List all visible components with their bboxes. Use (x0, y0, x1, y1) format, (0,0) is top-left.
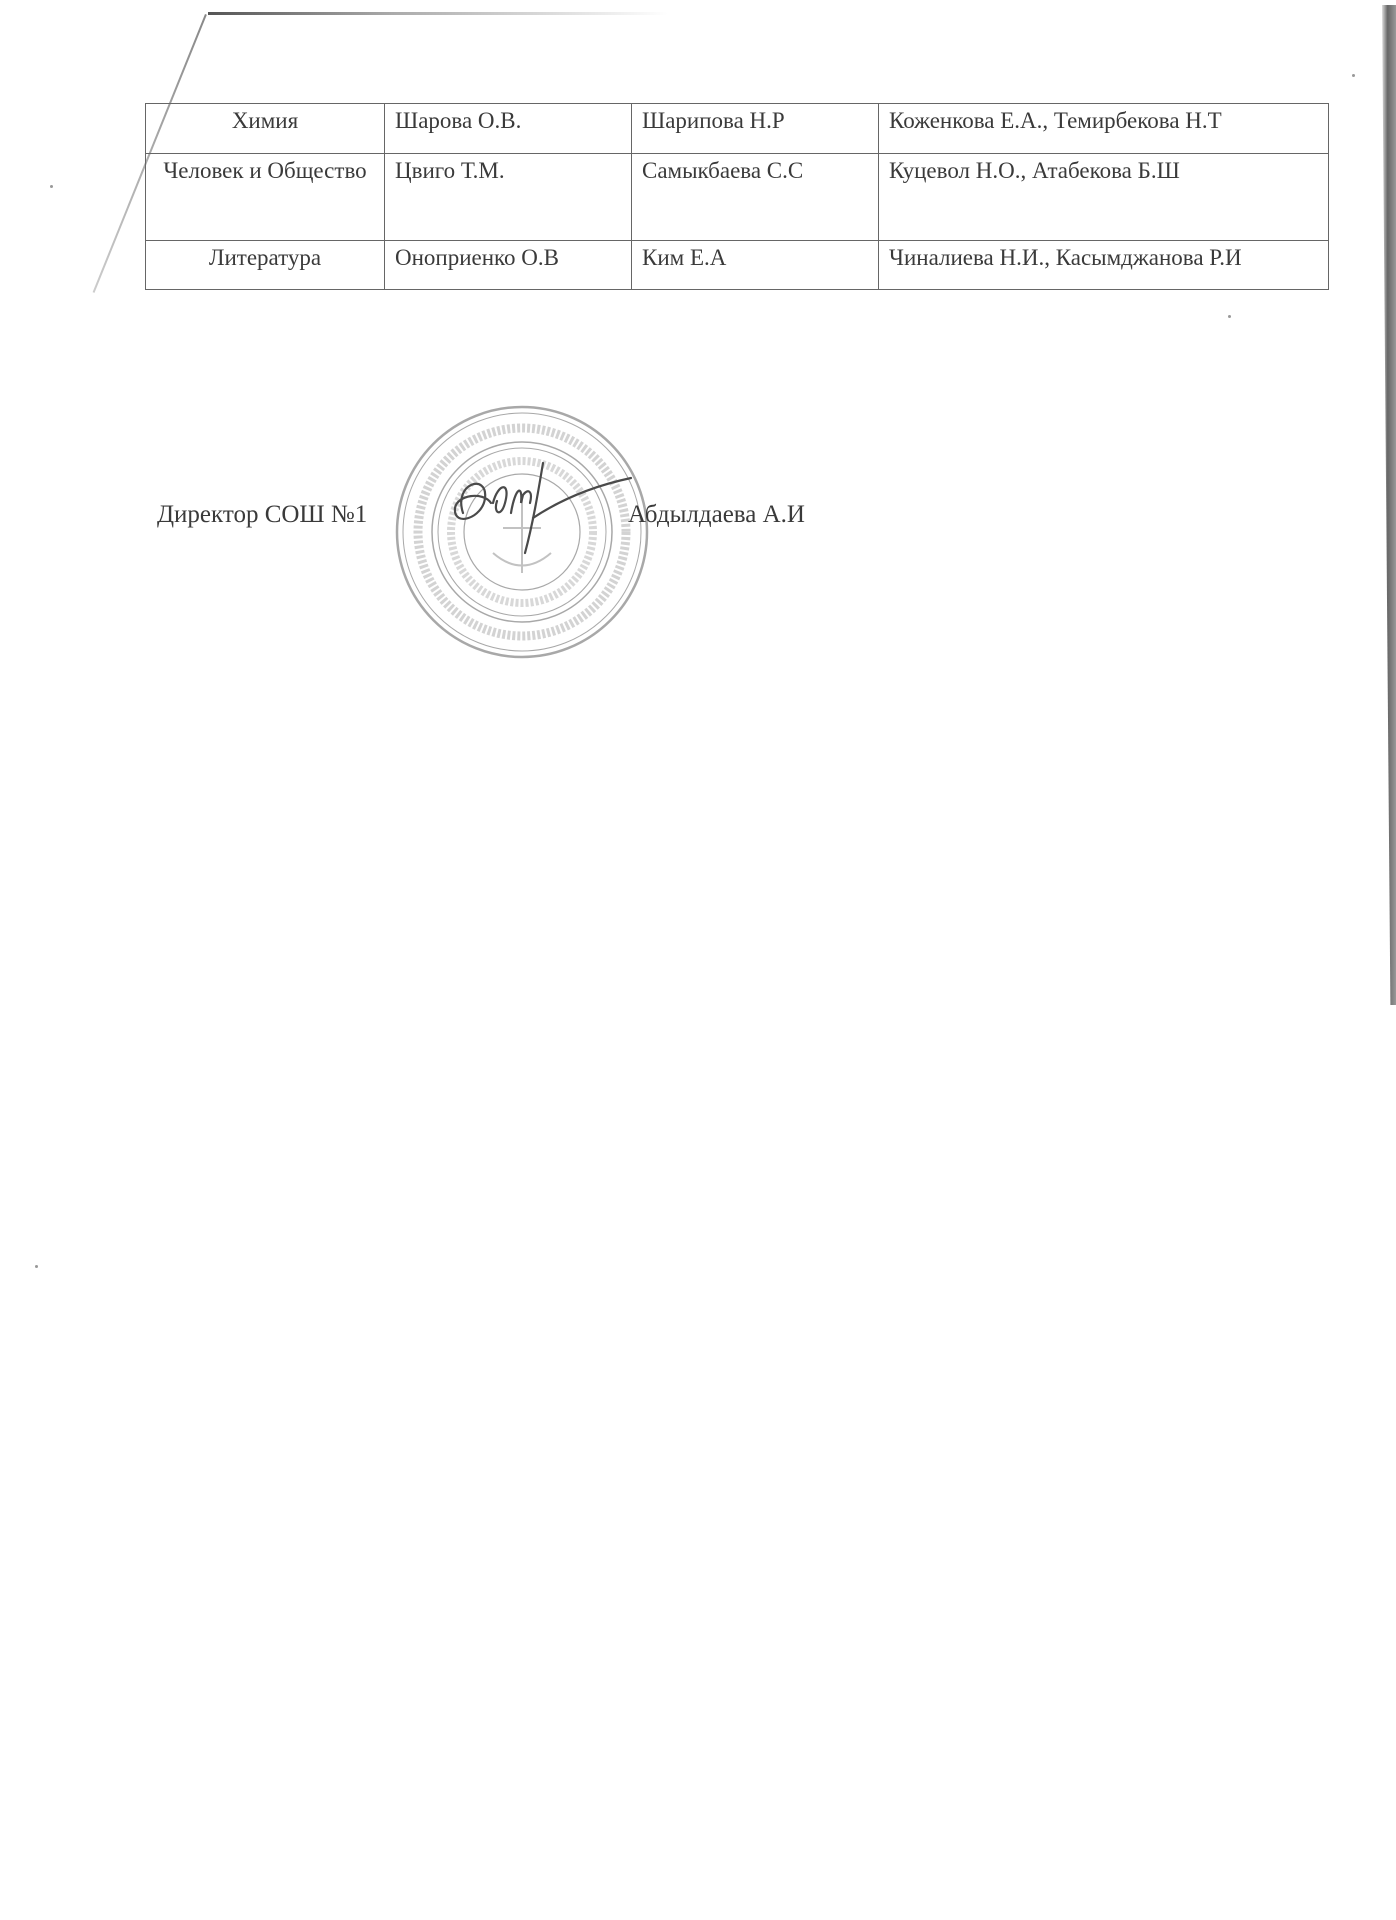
teachers-cell: Куцевол Н.О., Атабекова Б.Ш (879, 154, 1329, 241)
assignment-table: Химия Шарова О.В. Шарипова Н.Р Коженкова… (145, 103, 1329, 290)
scan-speck (35, 1265, 38, 1268)
subject-cell: Литература (146, 241, 385, 290)
table-row: Литература Оноприенко О.В Ким Е.А Чинали… (146, 241, 1329, 290)
table-row: Человек и Общество Цвиго Т.М. Самыкбаева… (146, 154, 1329, 241)
teacher-cell: Оноприенко О.В (385, 241, 632, 290)
teachers-cell: Коженкова Е.А., Темирбекова Н.Т (879, 104, 1329, 154)
subject-cell: Человек и Общество (146, 154, 385, 241)
scan-speck (1352, 74, 1355, 77)
scan-speck (1228, 315, 1231, 318)
teacher-cell: Ким Е.А (632, 241, 879, 290)
official-round-stamp-icon (393, 403, 651, 661)
scan-edge-top (208, 12, 668, 15)
signatory-title: Директор СОШ №1 (157, 501, 367, 529)
teacher-cell: Шарова О.В. (385, 104, 632, 154)
teacher-cell: Шарипова Н.Р (632, 104, 879, 154)
scan-speck (50, 185, 53, 188)
table-row: Химия Шарова О.В. Шарипова Н.Р Коженкова… (146, 104, 1329, 154)
teacher-cell: Самыкбаева С.С (632, 154, 879, 241)
teachers-cell: Чиналиева Н.И., Касымджанова Р.И (879, 241, 1329, 290)
teacher-cell: Цвиго Т.М. (385, 154, 632, 241)
scan-edge-right (1382, 5, 1396, 1005)
signatory-name: Абдылдаева А.И (628, 501, 805, 529)
subject-cell: Химия (146, 104, 385, 154)
